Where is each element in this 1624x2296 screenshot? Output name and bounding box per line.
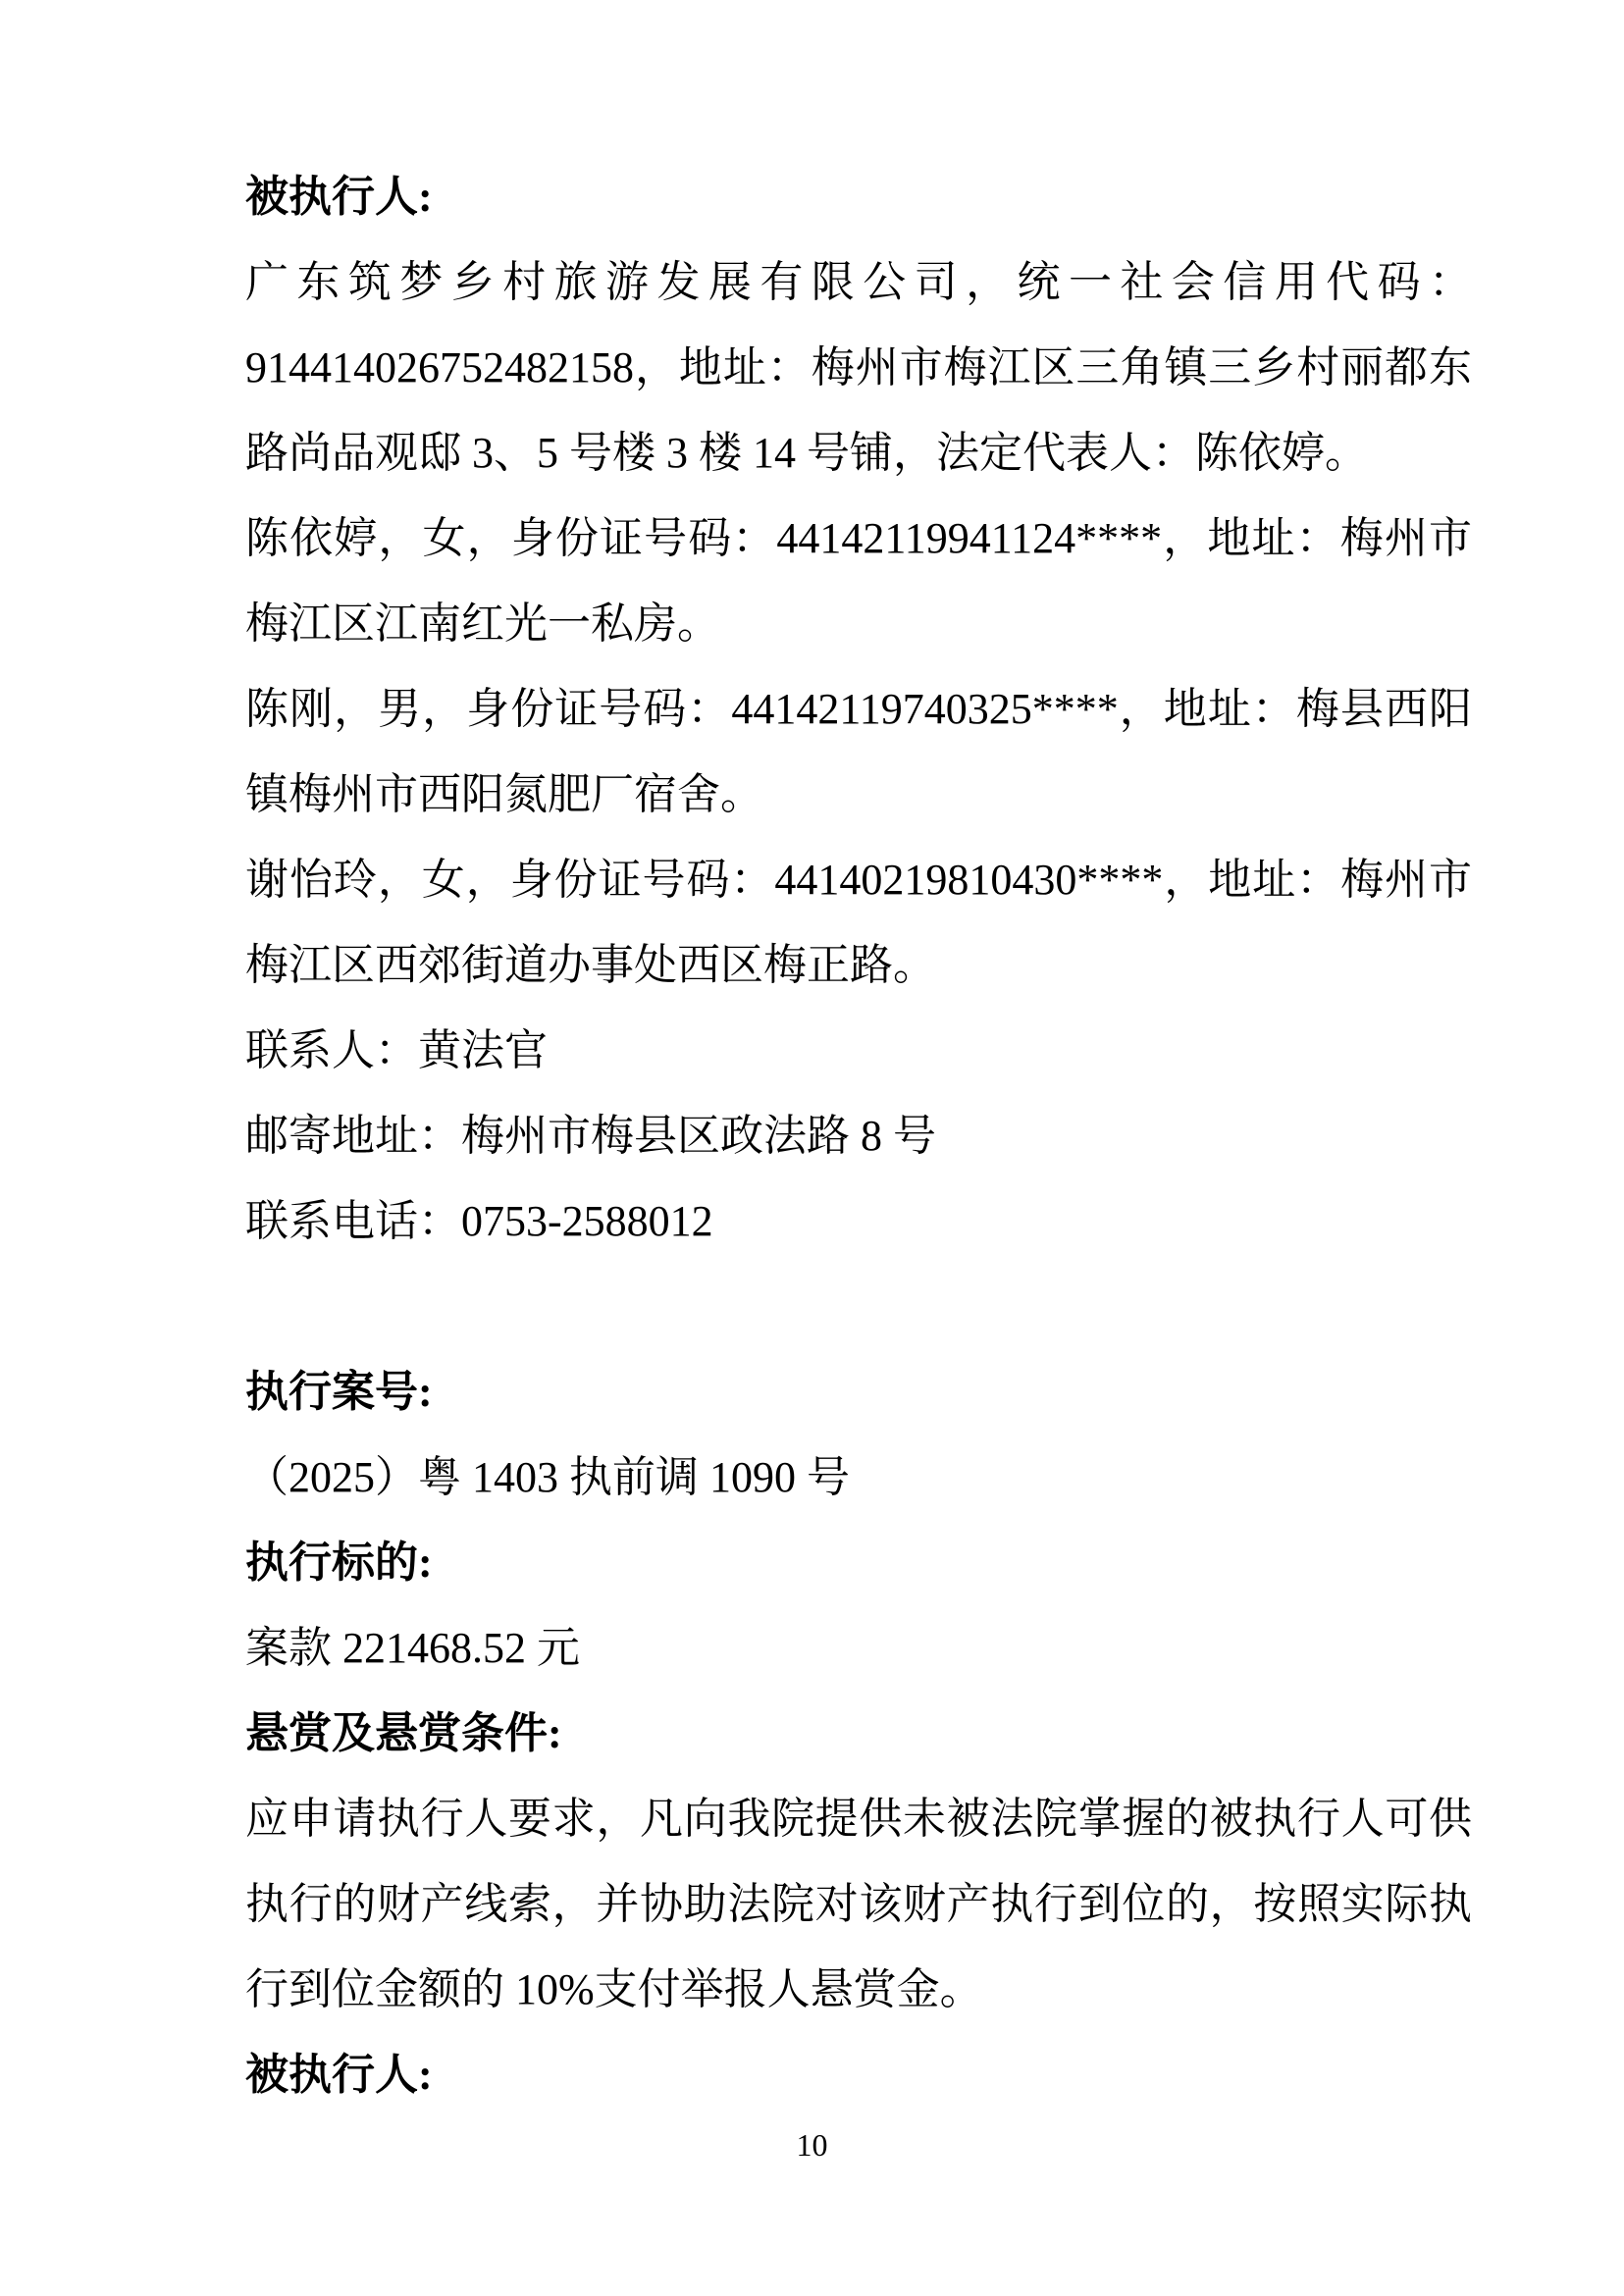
text-line-person3-address: 梅江区西郊街道办事处西区梅正路。 [245, 922, 1472, 1008]
section-heading-respondent: 被执行人: [245, 154, 1472, 239]
text-line-person2-address: 镇梅州市西阳氮肥厂宿舍。 [245, 752, 1472, 837]
text-line-reward-2: 执行的财产线索，并协助法院对该财产执行到位的，按照实际执 [245, 1861, 1472, 1947]
page-number: 10 [0, 2123, 1624, 2167]
text-line-mailing-address: 邮寄地址：梅州市梅县区政法路 8 号 [245, 1093, 1472, 1178]
section-heading-respondent-next: 被执行人: [245, 2032, 1472, 2117]
text-line-credit-code-address: 914414026752482158，地址：梅州市梅江区三角镇三乡村丽都东 [245, 325, 1472, 410]
text-line-person3-id: 谢怡玲，女，身份证号码：44140219810430****，地址：梅州市 [245, 837, 1472, 922]
text-line-reward-1: 应申请执行人要求，凡向我院提供未被法院掌握的被执行人可供 [245, 1776, 1472, 1861]
section-heading-reward-conditions: 悬赏及悬赏条件: [245, 1691, 1472, 1776]
text-line-company: 广东筑梦乡村旅游发展有限公司，统一社会信用代码： [245, 239, 1472, 325]
text-line-case-amount: 案款 221468.52 元 [245, 1605, 1472, 1691]
text-line-address-legal-rep: 路尚品观邸 3、5 号楼 3 楼 14 号铺，法定代表人：陈依婷。 [245, 410, 1472, 496]
text-line-person1-address: 梅江区江南红光一私房。 [245, 581, 1472, 666]
text-line-reward-3: 行到位金额的 10%支付举报人悬赏金。 [245, 1947, 1472, 2032]
section-heading-case-number: 执行案号: [245, 1349, 1472, 1435]
document-page: 被执行人: 广东筑梦乡村旅游发展有限公司，统一社会信用代码： 914414026… [0, 0, 1624, 2296]
text-line-person2-id: 陈刚，男，身份证号码：44142119740325****，地址：梅县西阳 [245, 666, 1472, 752]
text-line-contact-phone: 联系电话：0753-2588012 [245, 1178, 1472, 1264]
text-line-person1-id: 陈依婷，女，身份证号码：44142119941124****，地址：梅州市 [245, 496, 1472, 581]
section-heading-subject-amount: 执行标的: [245, 1520, 1472, 1605]
text-line-case-number: （2025）粤 1403 执前调 1090 号 [245, 1435, 1472, 1520]
document-content: 被执行人: 广东筑梦乡村旅游发展有限公司，统一社会信用代码： 914414026… [245, 154, 1472, 2117]
text-line-contact-person: 联系人：黄法官 [245, 1008, 1472, 1093]
blank-line [245, 1264, 1472, 1349]
